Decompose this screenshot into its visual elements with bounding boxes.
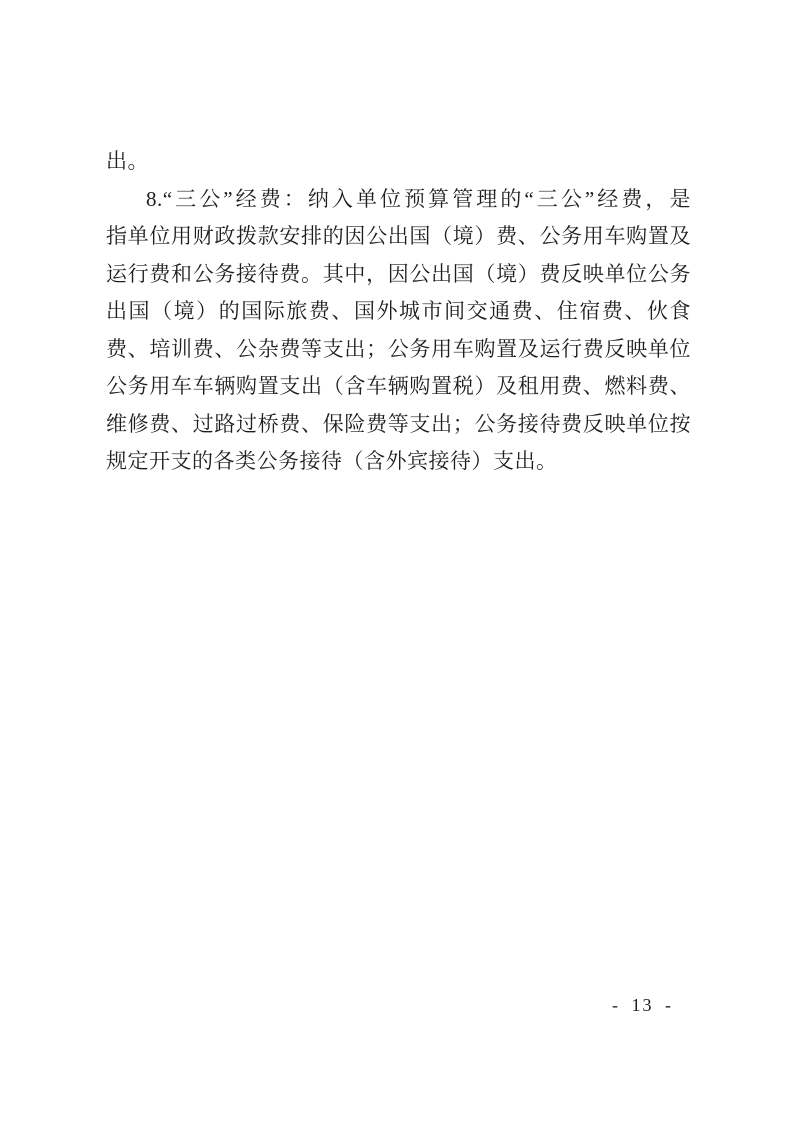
document-page: 出。 8.“三公”经费：纳入单位预算管理的“三公”经费，是 指单位用财政拨款安排… bbox=[0, 0, 793, 1122]
continuation-line: 出。 bbox=[106, 143, 691, 181]
paragraph-line: 出国（境）的国际旅费、国外城市间交通费、住宿费、伙食 bbox=[106, 293, 691, 331]
paragraph-line: 运行费和公务接待费。其中，因公出国（境）费反映单位公务 bbox=[106, 256, 691, 294]
page-number: - 13 - bbox=[612, 994, 673, 1016]
paragraph-line: 公务用车车辆购置支出（含车辆购置税）及租用费、燃料费、 bbox=[106, 368, 691, 406]
paragraph-line: 费、培训费、公杂费等支出；公务用车购置及运行费反映单位 bbox=[106, 331, 691, 369]
paragraph-line: 维修费、过路过桥费、保险费等支出；公务接待费反映单位按 bbox=[106, 406, 691, 444]
paragraph-line: 8.“三公”经费：纳入单位预算管理的“三公”经费，是 bbox=[106, 181, 691, 219]
paragraph-last-line: 规定开支的各类公务接待（含外宾接待）支出。 bbox=[106, 443, 691, 481]
body-text-block: 出。 8.“三公”经费：纳入单位预算管理的“三公”经费，是 指单位用财政拨款安排… bbox=[106, 143, 691, 481]
paragraph-line: 指单位用财政拨款安排的因公出国（境）费、公务用车购置及 bbox=[106, 218, 691, 256]
